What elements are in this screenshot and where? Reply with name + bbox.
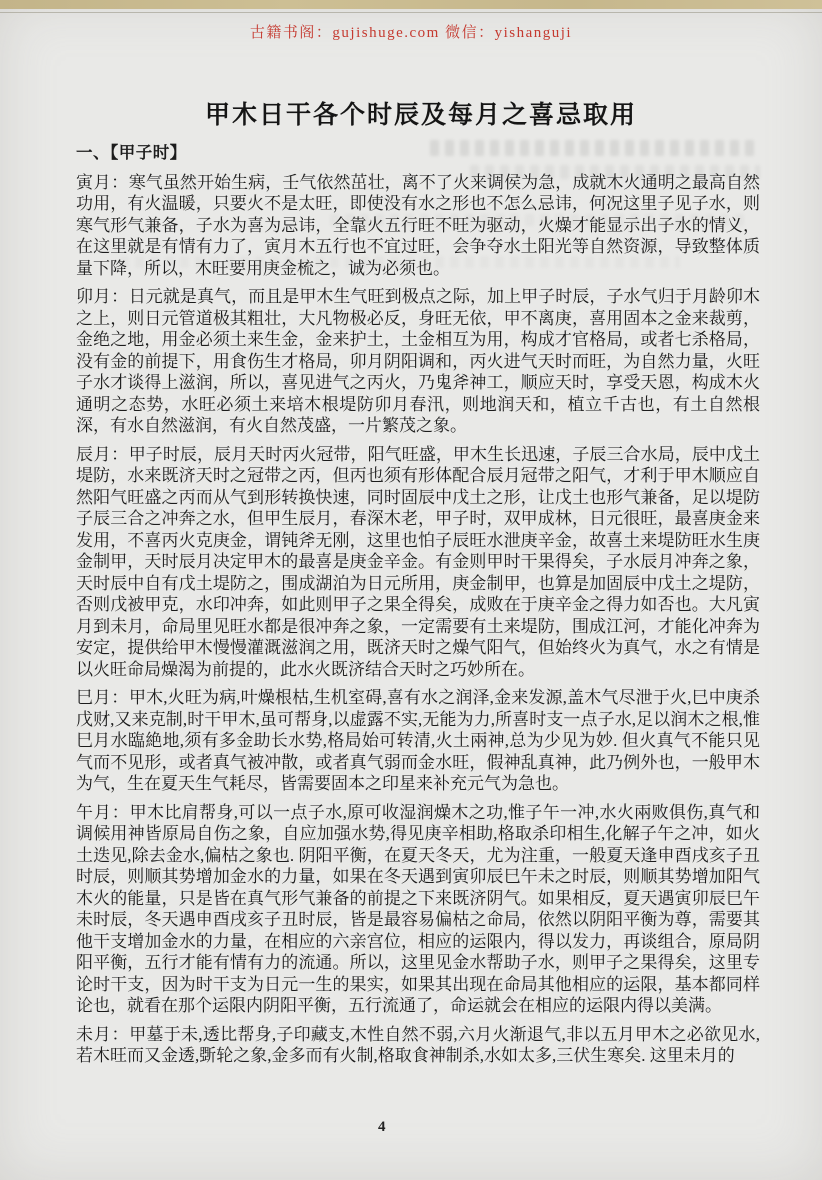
- section-heading: 一、【甲子时】: [76, 142, 760, 164]
- paragraph-chen-month: 辰月：甲子时辰，辰月天时丙火冠带，阳气旺盛，甲木生长迅速，子辰三合水局，辰中戊土…: [76, 444, 760, 681]
- paragraph-wu-month: 午月：甲木比肩帮身,可以一点子水,原可收湿润燥木之功,惟子午一冲,水火兩败俱伤,…: [76, 802, 760, 1017]
- month-label: 巳月：: [76, 688, 129, 707]
- paragraph-mao-month: 卯月：日元就是真气，而且是甲木生气旺到极点之际，加上甲子时辰，子水气归于月龄卯木…: [76, 286, 760, 437]
- page-number: 4: [378, 1119, 386, 1136]
- scan-edge-line: [0, 12, 822, 13]
- month-label: 辰月：: [76, 445, 129, 464]
- paragraph-si-month: 巳月：甲木,火旺为病,叶燥根枯,生机室碍,喜有水之润泽,金来发源,盖木气尽泄于火…: [76, 687, 760, 795]
- paragraph-text: 甲木,火旺为病,叶燥根枯,生机室碍,喜有水之润泽,金来发源,盖木气尽泄于火,巳中…: [76, 688, 760, 793]
- page-title: 甲木日干各个时辰及每月之喜忌取用: [76, 95, 766, 131]
- paragraph-wei-month: 未月：甲墓于未,透比帮身,子印藏支,木性自然不弱,六月火渐退气,非以五月甲木之必…: [76, 1024, 760, 1067]
- paragraph-text: 日元就是真气，而且是甲木生气旺到极点之际，加上甲子时辰，子水气归于月龄卯木之上，…: [76, 287, 760, 435]
- scanned-document-page: 古籍书阁：gujishuge.com 微信：yishanguji 甲木日干各个时…: [0, 0, 822, 1180]
- paragraph-text: 甲墓于未,透比帮身,子印藏支,木性自然不弱,六月火渐退气,非以五月甲木之必欲见水…: [76, 1025, 760, 1066]
- paragraph-yin-month: 寅月：寒气虽然开始生病，壬气依然茁壮，离不了火来调侯为急，成就木火通明之最高自然…: [76, 172, 760, 280]
- scan-edge-bar: [0, 0, 822, 9]
- month-label: 未月：: [76, 1025, 129, 1044]
- month-label: 寅月：: [76, 173, 129, 192]
- document-body: 一、【甲子时】 寅月：寒气虽然开始生病，壬气依然茁壮，离不了火来调侯为急，成就木…: [76, 142, 760, 1067]
- paragraph-text: 寒气虽然开始生病，壬气依然茁壮，离不了火来调侯为急，成就木火通明之最高自然功用，…: [76, 173, 760, 278]
- watermark-text: 古籍书阁：gujishuge.com 微信：yishanguji: [0, 21, 822, 42]
- month-label: 午月：: [76, 803, 130, 822]
- month-label: 卯月：: [76, 287, 129, 306]
- paragraph-text: 甲木比肩帮身,可以一点子水,原可收湿润燥木之功,惟子午一冲,水火兩败俱伤,真气和…: [76, 803, 760, 1016]
- paragraph-text: 甲子时辰，辰月天时丙火冠带，阳气旺盛，甲木生长迅速，子辰三合水局，辰中戊土堤防，…: [76, 445, 760, 679]
